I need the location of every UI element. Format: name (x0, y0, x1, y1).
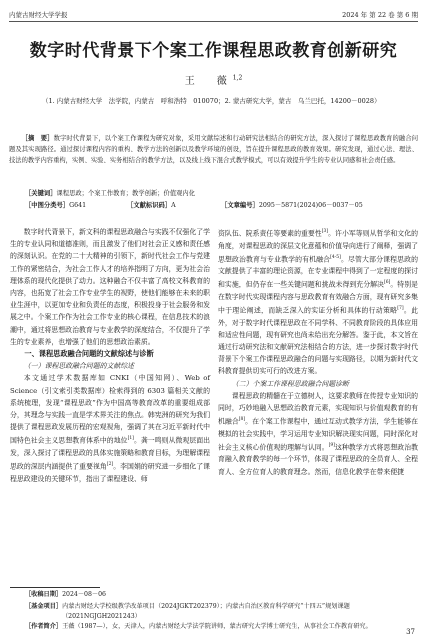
keywords: ［关键词］课程思政；个案工作教育；教学创新；价值观内化 (25, 188, 418, 197)
abstract-label: ［摘 要］ (22, 135, 54, 142)
keywords-label: ［关键词］ (25, 190, 56, 197)
doc-value: A (171, 202, 176, 209)
body-column-left: 数字时代背景下，新文科的课程思政融合与实践不仅强化了学生的专业认同和道德准则，而… (10, 226, 210, 485)
article-number: ［文章编号］2095－5871(2024)06－0037－05 (221, 200, 363, 209)
literature-paragraph-cont: 资队伍、院系责任等要素的重要性[3]。许小军等则从哲学和文化的角度，对课程思政的… (218, 226, 418, 378)
author-name: 王 薇 (185, 76, 233, 87)
bio-value: 王薇（1987—），女，天津人，内蒙古财经大学法学院讲师，蒙古研究大学博士研究生… (62, 623, 372, 630)
article-value: 2095－5871(2024)06－0037－05 (259, 202, 363, 209)
citation-ref[interactable]: [4-5] (330, 255, 341, 260)
author-bio: ［作者简介］王薇（1987—），女，天津人，内蒙古财经大学法学院讲师，蒙古研究大… (25, 622, 418, 632)
clc-label: ［中图分类号］ (25, 202, 69, 209)
keywords-text: 课程思政；个案工作教育；教学创新；价值观内化 (56, 190, 195, 197)
classification-row: ［中图分类号］G641 ［文献标识码］A ［文章编号］2095－5871(202… (25, 200, 418, 209)
diagnosis-paragraph: 课程思政的精髓在于立德树人，这要求教师在传授专业知识的同时，巧妙地融入思想政治教… (218, 390, 418, 478)
text-run: 资队伍、院系责任等要素的重要性 (218, 229, 322, 237)
text-run: 本文通过学术数据库如 CNKI（中国知网）、Web of Science（引文索… (10, 374, 210, 444)
running-header: 内蒙古财经大学学报 2024 年 第 22 卷 第 6 期 (9, 6, 418, 22)
subsection-heading-1-2: （二）个案工作课程思政融合问题诊断 (218, 378, 418, 390)
author-affil-marks: 1,2 (233, 75, 243, 82)
received-label: ［收稿日期］ (25, 591, 62, 598)
page-number: 37 (406, 628, 415, 636)
funding: ［基金项目］内蒙古财经大学校级教学改革项目（2024JGKT202379）；内蒙… (25, 602, 418, 612)
received-date: ［收稿日期］2024－08－06 (25, 590, 418, 600)
abstract-text: 数字时代背景下，以个案工作课程为研究对象，采用文献综述和行动研究法相结合的研究方… (9, 135, 418, 164)
affiliation: （1. 内蒙古财经大学 法学院，内蒙古 呼和浩特 010070；2. 蒙古研究大… (42, 96, 415, 106)
doc-label: ［文献标识码］ (127, 202, 171, 209)
fund-value: 内蒙古财经大学校级教学改革项目（2024JGKT202379）；内蒙古自治区教育… (62, 603, 350, 610)
clc-code: ［中图分类号］G641 (25, 200, 125, 209)
intro-paragraph: 数字时代背景下，新文科的课程思政融合与实践不仅强化了学生的专业认同和道德准则，而… (10, 226, 210, 348)
fund-label: ［基金项目］ (25, 603, 62, 610)
journal-name: 内蒙古财经大学学报 (9, 10, 68, 19)
article-label: ［文章编号］ (221, 202, 259, 209)
author-line: 王 薇1,2 (0, 72, 427, 87)
funding-cont: （2021NGJGH2021243） (62, 612, 418, 622)
received-value: 2024－08－06 (62, 591, 106, 598)
literature-paragraph: 本文通过学术数据库如 CNKI（中国知网）、Web of Science（引文索… (10, 372, 210, 484)
text-run: 。此外，对于数字时代课程思政在不同学科、不同教育阶段的具体应用和适应性问题，现有… (218, 306, 418, 375)
bio-label: ［作者简介］ (25, 623, 62, 630)
footnote-divider (10, 587, 100, 588)
doc-code: ［文献标识码］A (127, 200, 219, 209)
abstract: ［摘 要］数字时代背景下，以个案工作课程为研究对象，采用文献综述和行动研究法相结… (9, 133, 418, 166)
issue-info: 2024 年 第 22 卷 第 6 期 (342, 10, 418, 19)
subsection-heading-1-1: （一）课程思政融合问题的文献综述 (10, 360, 210, 372)
body-column-right: 资队伍、院系责任等要素的重要性[3]。许小军等则从哲学和文化的角度，对课程思政的… (218, 226, 418, 478)
article-title: 数字时代背景下个案工作课程思政教育创新研究 (0, 36, 427, 61)
clc-value: G641 (69, 202, 86, 209)
section-heading-1: 一、课程思政融合问题的文献综述与诊断 (10, 348, 210, 360)
